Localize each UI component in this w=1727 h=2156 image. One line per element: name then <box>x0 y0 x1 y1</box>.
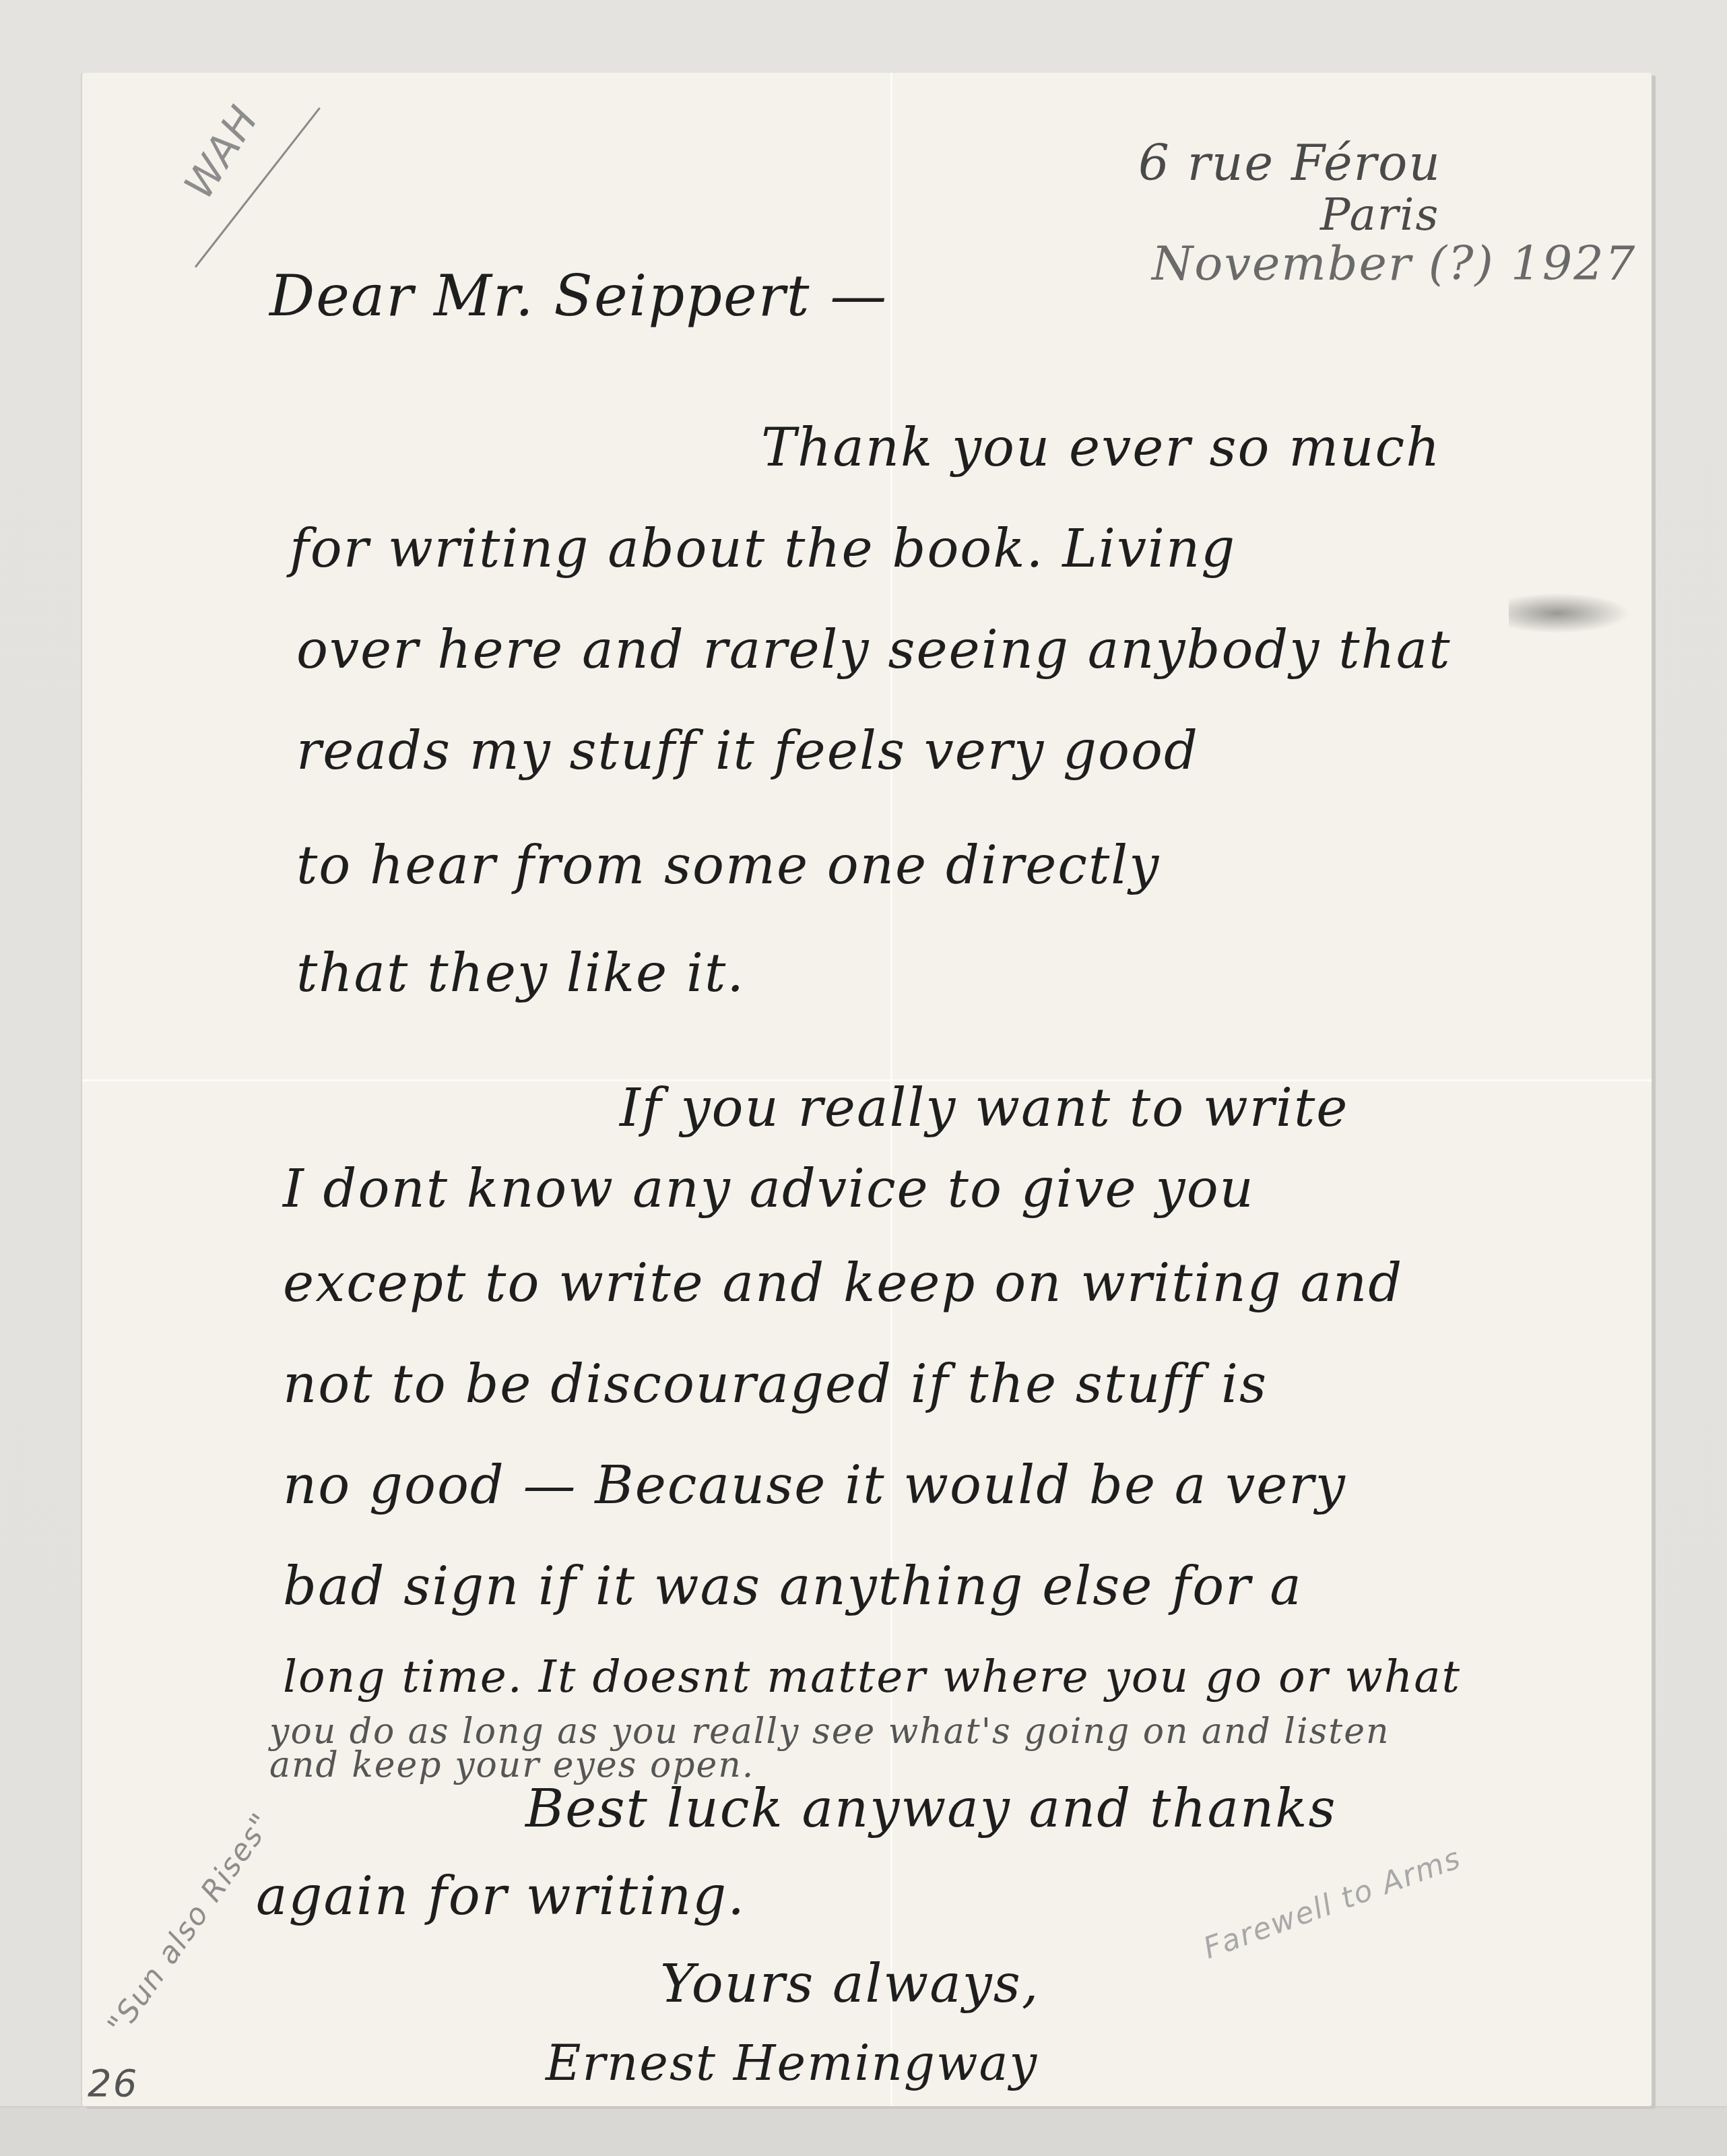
body-line-6: that they like it. <box>296 943 745 1004</box>
signature: Ernest Hemingway <box>546 2035 1038 2091</box>
body-line-5: to hear from some one directly <box>296 835 1160 896</box>
body-line-7: If you really want to write <box>620 1078 1348 1139</box>
body-line-11: no good — Because it would be a very <box>283 1455 1346 1516</box>
pencil-page-number: 26 <box>88 2062 138 2105</box>
closing-line-3: Yours always, <box>660 1954 1040 2015</box>
body-line-2: for writing about the book. Living <box>290 519 1236 579</box>
body-line-3: over here and rarely seeing anybody that <box>296 620 1452 680</box>
header-address-city: Paris <box>1320 189 1439 241</box>
body-line-9: except to write and keep on writing and <box>283 1253 1403 1314</box>
closing-line-1: Best luck anyway and thanks <box>525 1779 1337 1839</box>
ink-smudge <box>1509 593 1630 633</box>
closing-line-2: again for writing. <box>256 1866 746 1927</box>
body-line-13: long time. It doesnt matter where you go… <box>283 1651 1461 1703</box>
body-line-12: bad sign if it was anything else for a <box>283 1556 1303 1617</box>
header-date: November (?) 1927 <box>1152 236 1636 291</box>
body-line-8: I dont know any advice to give you <box>283 1159 1255 1219</box>
body-line-4: reads my stuff it feels very good <box>296 721 1199 782</box>
body-line-10: not to be discouraged if the stuff is <box>283 1354 1268 1415</box>
salutation: Dear Mr. Seippert — <box>269 263 888 329</box>
body-line-1: Thank you ever so much <box>761 418 1441 478</box>
mount-bottom-edge <box>0 2106 1727 2156</box>
header-address-street: 6 rue Férou <box>1138 135 1441 191</box>
